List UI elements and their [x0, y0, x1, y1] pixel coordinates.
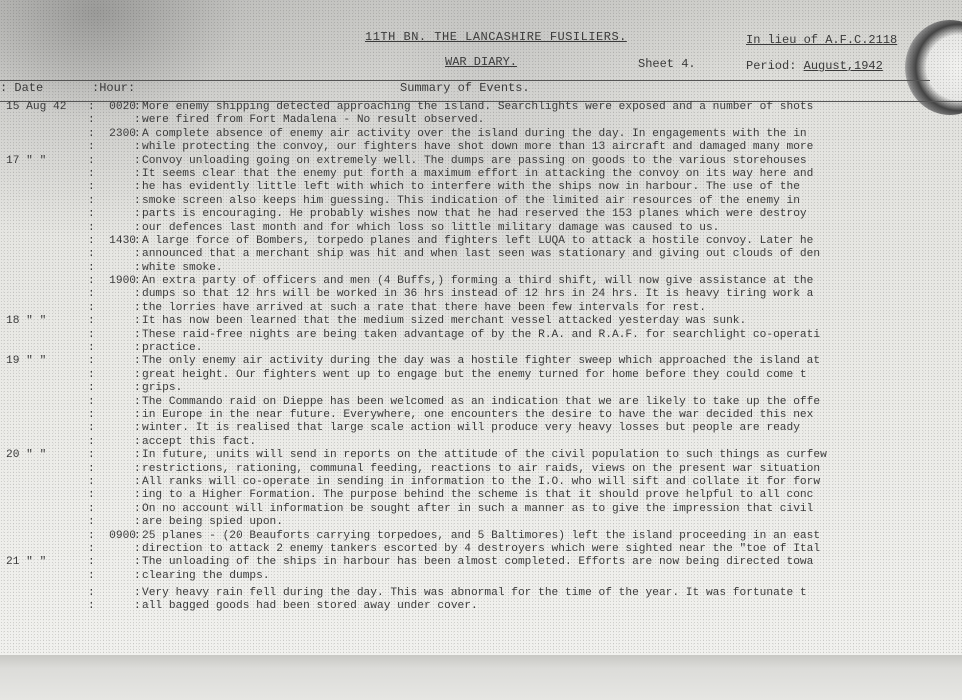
- diary-row: ::practice.: [0, 342, 962, 355]
- column-separator: :: [88, 422, 95, 435]
- column-separator: :: [134, 302, 141, 315]
- column-separator: :: [134, 101, 141, 114]
- column-separator: :: [88, 329, 95, 342]
- column-separator: :: [134, 288, 141, 301]
- diary-row: ::dumps so that 12 hrs will be worked in…: [0, 288, 962, 301]
- entry-text: dumps so that 12 hrs will be worked in 3…: [142, 288, 813, 301]
- column-separator: :: [88, 342, 95, 355]
- column-separator: :: [88, 382, 95, 395]
- entry-text: Very heavy rain fell during the day. Thi…: [142, 587, 807, 600]
- column-separator: :: [134, 168, 141, 181]
- diary-row: ::all bagged goods had been stored away …: [0, 600, 962, 613]
- diary-row: ::It seems clear that the enemy put fort…: [0, 168, 962, 181]
- entry-text: A large force of Bombers, torpedo planes…: [142, 235, 813, 248]
- column-separator: :: [134, 208, 141, 221]
- column-separator: :: [134, 275, 141, 288]
- entry-date: 19 " ": [6, 355, 90, 368]
- entry-text: An extra party of officers and men (4 Bu…: [142, 275, 813, 288]
- entry-text: These raid-free nights are being taken a…: [142, 329, 820, 342]
- diary-row: ::the lorries have arrived at such a rat…: [0, 302, 962, 315]
- diary-row: ::Very heavy rain fell during the day. T…: [0, 587, 962, 600]
- entry-text: In future, units will send in reports on…: [142, 449, 827, 462]
- entry-date: 15 Aug 42: [6, 101, 90, 114]
- column-separator: :: [134, 570, 141, 583]
- entry-text: great height. Our fighters went up to en…: [142, 369, 807, 382]
- entry-text: It seems clear that the enemy put forth …: [142, 168, 813, 181]
- diary-row: 19 " "::The only enemy air activity duri…: [0, 355, 962, 368]
- column-separator: :: [88, 449, 95, 462]
- sheet-number: Sheet 4.: [638, 57, 696, 71]
- diary-row: ::The Commando raid on Dieppe has been w…: [0, 396, 962, 409]
- column-separator: :: [134, 155, 141, 168]
- entry-text: More enemy shipping detected approaching…: [142, 101, 813, 114]
- column-separator: :: [134, 248, 141, 261]
- column-separator: :: [88, 409, 95, 422]
- column-separator: :: [134, 235, 141, 248]
- column-separator: :: [134, 516, 141, 529]
- entry-text: It has now been learned that the medium …: [142, 315, 746, 328]
- entry-hour: 2300: [96, 128, 136, 141]
- column-separator: :: [88, 396, 95, 409]
- entry-text: Convoy unloading going on extremely well…: [142, 155, 807, 168]
- entry-text: parts is encouraging. He probably wishes…: [142, 208, 807, 221]
- entry-text: All ranks will co-operate in sending in …: [142, 476, 820, 489]
- entry-date: 21 " ": [6, 556, 90, 569]
- column-separator: :: [88, 369, 95, 382]
- column-separator: :: [88, 543, 95, 556]
- diary-row: ::grips.: [0, 382, 962, 395]
- diary-row: ::great height. Our fighters went up to …: [0, 369, 962, 382]
- column-separator: :: [88, 436, 95, 449]
- column-separator: :: [134, 543, 141, 556]
- column-separator: :: [134, 396, 141, 409]
- column-separator: :: [88, 570, 95, 583]
- entry-text: ing to a Higher Formation. The purpose b…: [142, 489, 813, 502]
- diary-row: ::announced that a merchant ship was hit…: [0, 248, 962, 261]
- column-separator: :: [134, 128, 141, 141]
- entry-hour: 0900: [96, 530, 136, 543]
- entry-text: A complete absence of enemy air activity…: [142, 128, 807, 141]
- column-separator: :: [134, 342, 141, 355]
- diary-row: ::while protecting the convoy, our fight…: [0, 141, 962, 154]
- diary-row: ::ing to a Higher Formation. The purpose…: [0, 489, 962, 502]
- entry-text: white smoke.: [142, 262, 223, 275]
- entry-date: 18 " ": [6, 315, 90, 328]
- entry-text: smoke screen also keeps him guessing. Th…: [142, 195, 800, 208]
- column-separator: :: [88, 463, 95, 476]
- entry-text: announced that a merchant ship was hit a…: [142, 248, 820, 261]
- diary-row: ::were fired from Fort Madalena - No res…: [0, 114, 962, 127]
- column-separator: :: [88, 476, 95, 489]
- column-separator: :: [88, 248, 95, 261]
- diary-row: ::our defences last month and for which …: [0, 222, 962, 235]
- column-separator: :: [134, 587, 141, 600]
- diary-row: ::accept this fact.: [0, 436, 962, 449]
- column-separator: :: [134, 222, 141, 235]
- diary-row: ::are being spied upon.: [0, 516, 962, 529]
- column-separator: :: [88, 288, 95, 301]
- column-separator: :: [88, 141, 95, 154]
- column-separator: :: [88, 168, 95, 181]
- diary-row: ::he has evidently little left with whic…: [0, 181, 962, 194]
- column-separator: :: [88, 315, 95, 328]
- diary-row: ::On no account will information be soug…: [0, 503, 962, 516]
- period-label: Period:: [746, 59, 796, 73]
- column-separator: :: [134, 262, 141, 275]
- period-value: August,1942: [804, 59, 883, 73]
- entry-hour: 0020: [96, 101, 136, 114]
- diary-row: 17 " "::Convoy unloading going on extrem…: [0, 155, 962, 168]
- column-separator: :: [134, 463, 141, 476]
- column-separator: :: [134, 181, 141, 194]
- column-separator: :: [88, 181, 95, 194]
- column-separator: :: [134, 556, 141, 569]
- diary-row: 15 Aug 42:0020:More enemy shipping detec…: [0, 101, 962, 114]
- scanner-bed-edge: [0, 655, 962, 700]
- entry-hour: 1900: [96, 275, 136, 288]
- diary-row: ::clearing the dumps.: [0, 570, 962, 583]
- column-separator: :: [134, 114, 141, 127]
- diary-row: ::restrictions, rationing, communal feed…: [0, 463, 962, 476]
- column-separator: :: [88, 355, 95, 368]
- entry-text: grips.: [142, 382, 182, 395]
- column-separator: :: [134, 141, 141, 154]
- diary-row: :1900:An extra party of officers and men…: [0, 275, 962, 288]
- entry-text: practice.: [142, 342, 202, 355]
- entry-text: The only enemy air activity during the d…: [142, 355, 820, 368]
- column-separator: :: [88, 262, 95, 275]
- column-separator: :: [88, 503, 95, 516]
- entry-text: the lorries have arrived at such a rate …: [142, 302, 706, 315]
- column-separator: :: [134, 315, 141, 328]
- column-separator: :: [134, 530, 141, 543]
- column-separator: :: [134, 382, 141, 395]
- entry-text: accept this fact.: [142, 436, 256, 449]
- entry-date: 17 " ": [6, 155, 90, 168]
- diary-row: :0900:25 planes - (20 Beauforts carrying…: [0, 530, 962, 543]
- diary-row: ::These raid-free nights are being taken…: [0, 329, 962, 342]
- column-separator: :: [88, 208, 95, 221]
- column-separator: :: [88, 235, 95, 248]
- entry-text: On no account will information be sought…: [142, 503, 813, 516]
- war-diary-page: 11TH BN. THE LANCASHIRE FUSILIERS. WAR D…: [0, 0, 962, 655]
- column-separator: :: [88, 114, 95, 127]
- column-separator: :: [134, 409, 141, 422]
- column-separator: :: [88, 101, 95, 114]
- column-separator: :: [88, 600, 95, 613]
- diary-entries: 15 Aug 42:0020:More enemy shipping detec…: [0, 101, 962, 614]
- diary-row: 18 " "::It has now been learned that the…: [0, 315, 962, 328]
- diary-title: WAR DIARY.: [445, 55, 517, 69]
- column-separator: :: [88, 128, 95, 141]
- form-reference: In lieu of A.F.C.2118: [746, 33, 897, 47]
- entry-text: clearing the dumps.: [142, 570, 270, 583]
- entry-text: The unloading of the ships in harbour ha…: [142, 556, 813, 569]
- diary-row: ::winter. It is realised that large scal…: [0, 422, 962, 435]
- entry-text: all bagged goods had been stored away un…: [142, 600, 478, 613]
- entry-hour: 1430: [96, 235, 136, 248]
- column-separator: :: [88, 155, 95, 168]
- column-separator: :: [88, 530, 95, 543]
- column-separator: :: [88, 556, 95, 569]
- column-separator: :: [88, 195, 95, 208]
- column-separator: :: [88, 489, 95, 502]
- diary-row: ::in Europe in the near future. Everywhe…: [0, 409, 962, 422]
- column-separator: :: [134, 503, 141, 516]
- entry-text: are being spied upon.: [142, 516, 283, 529]
- column-separator: :: [134, 600, 141, 613]
- entry-text: in Europe in the near future. Everywhere…: [142, 409, 813, 422]
- column-separator: :: [134, 355, 141, 368]
- column-separator: :: [88, 587, 95, 600]
- diary-row: :1430:A large force of Bombers, torpedo …: [0, 235, 962, 248]
- entry-text: restrictions, rationing, communal feedin…: [142, 463, 820, 476]
- diary-row: ::white smoke.: [0, 262, 962, 275]
- column-separator: :: [134, 422, 141, 435]
- diary-row: ::direction to attack 2 enemy tankers es…: [0, 543, 962, 556]
- entry-text: direction to attack 2 enemy tankers esco…: [142, 543, 820, 556]
- entry-text: The Commando raid on Dieppe has been wel…: [142, 396, 820, 409]
- column-separator: :: [134, 329, 141, 342]
- diary-row: :2300:A complete absence of enemy air ac…: [0, 128, 962, 141]
- entry-text: winter. It is realised that large scale …: [142, 422, 800, 435]
- entry-text: our defences last month and for which lo…: [142, 222, 719, 235]
- diary-row: ::All ranks will co-operate in sending i…: [0, 476, 962, 489]
- diary-row: ::parts is encouraging. He probably wish…: [0, 208, 962, 221]
- column-separator: :: [88, 275, 95, 288]
- column-header-hour: :Hour:: [92, 81, 135, 95]
- column-separator: :: [134, 195, 141, 208]
- entry-text: he has evidently little left with which …: [142, 181, 800, 194]
- column-separator: :: [134, 436, 141, 449]
- column-separator: :: [134, 476, 141, 489]
- diary-row: 20 " "::In future, units will send in re…: [0, 449, 962, 462]
- unit-title: 11TH BN. THE LANCASHIRE FUSILIERS.: [365, 30, 627, 44]
- column-header-date: : Date: [0, 81, 43, 95]
- entry-date: 20 " ": [6, 449, 90, 462]
- column-header-summary: Summary of Events.: [400, 81, 530, 95]
- diary-row: ::smoke screen also keeps him guessing. …: [0, 195, 962, 208]
- column-separator: :: [134, 369, 141, 382]
- column-separator: :: [88, 516, 95, 529]
- entry-text: were fired from Fort Madalena - No resul…: [142, 114, 484, 127]
- period: Period: August,1942: [746, 59, 883, 73]
- column-separator: :: [134, 489, 141, 502]
- entry-text: while protecting the convoy, our fighter…: [142, 141, 813, 154]
- column-separator: :: [88, 222, 95, 235]
- entry-text: 25 planes - (20 Beauforts carrying torpe…: [142, 530, 820, 543]
- column-separator: :: [88, 302, 95, 315]
- column-separator: :: [134, 449, 141, 462]
- diary-row: 21 " "::The unloading of the ships in ha…: [0, 556, 962, 569]
